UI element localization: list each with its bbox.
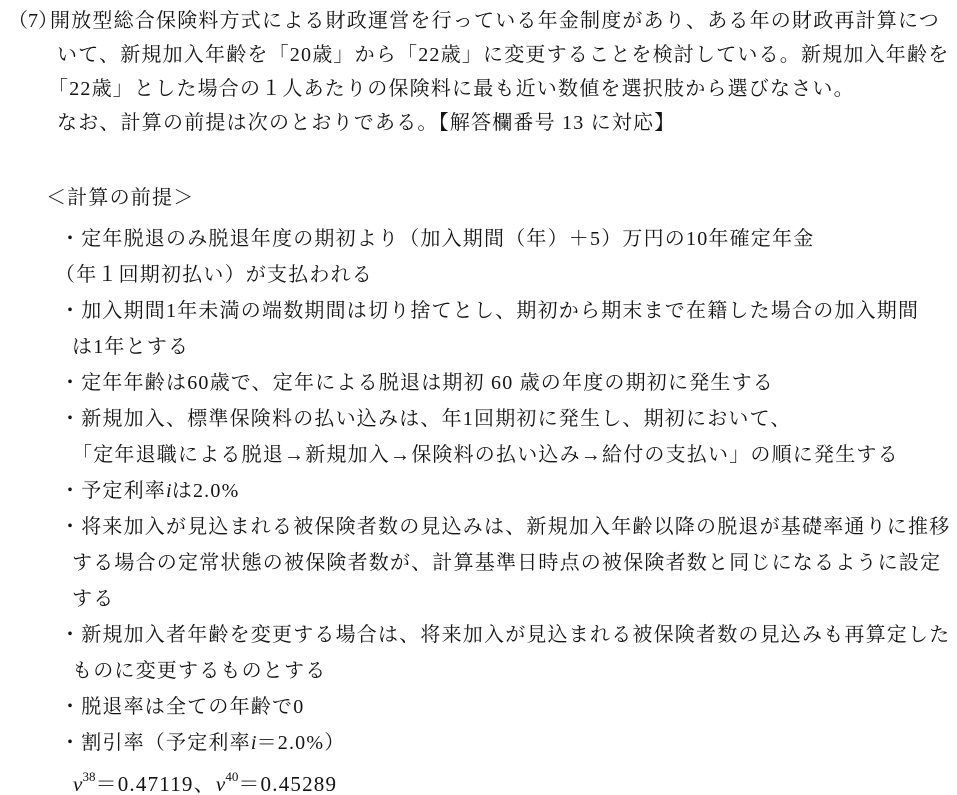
assumption-item-2-line-2: は1年とする	[0, 329, 957, 365]
assumption-item-6-line-2: する場合の定常状態の被保険者数が、計算基準日時点の被保険者数と同じになるように設…	[0, 545, 957, 581]
assumption-item-4-line-1: ・新規加入、標準保険料の払い込みは、年1回期初に発生し、期初において、	[0, 401, 957, 437]
discount-factor-formula: v38＝0.47119、v40＝0.45289	[0, 761, 957, 795]
discount-factor-1-value: ＝0.47119、	[96, 772, 216, 795]
question-line-4: なお、計算の前提は次のとおりである。【解答欄番号 13 に対応】	[0, 106, 957, 140]
discount-rate-suffix: ＝2.0%）	[257, 732, 346, 754]
discount-factor-1-exponent: 38	[83, 769, 96, 784]
question-text-line-1: 開放型総合保険料方式による財政運営を行っている年金制度があり、ある年の財政再計算…	[50, 10, 940, 32]
question-paragraph: （7）開放型総合保険料方式による財政運営を行っている年金制度があり、ある年の財政…	[0, 0, 957, 140]
assumptions-list: ・定年脱退のみ脱退年度の期初より（加入期間（年）＋5）万円の10年確定年金 （年…	[0, 221, 957, 795]
question-line-2: いて、新規加入年齢を「20歳」から「22歳」に変更することを検討している。新規加…	[0, 38, 957, 72]
discount-factor-2-base: v	[216, 772, 226, 795]
assumption-item-9: ・割引率（予定利率i＝2.0%）	[0, 725, 957, 761]
assumption-item-6-line-3: する	[0, 581, 957, 617]
discount-factor-1-base: v	[73, 772, 83, 795]
assumption-item-5: ・予定利率iは2.0%	[0, 473, 957, 509]
discount-factor-2-exponent: 40	[225, 769, 238, 784]
assumption-item-1-line-2: （年１回期初払い）が支払われる	[0, 257, 957, 293]
discount-rate-prefix: ・割引率（予定利率	[60, 732, 251, 754]
assumed-interest-suffix: は2.0%	[172, 480, 240, 502]
question-line-1: （7）開放型総合保険料方式による財政運営を行っている年金制度があり、ある年の財政…	[0, 4, 957, 38]
assumption-item-2-line-1: ・加入期間1年未満の端数期間は切り捨てとし、期初から期末まで在籍した場合の加入期…	[0, 293, 957, 329]
question-number: （7）	[8, 4, 50, 38]
assumption-item-3: ・定年年齢は60歳で、定年による脱退は期初 60 歳の年度の期初に発生する	[0, 365, 957, 401]
assumption-item-7-line-2: ものに変更するものとする	[0, 653, 957, 689]
question-line-3: 「22歳」とした場合の１人あたりの保険料に最も近い数値を選択肢から選びなさい。	[0, 72, 957, 106]
assumption-item-8: ・脱退率は全ての年齢で0	[0, 689, 957, 725]
assumption-item-7-line-1: ・新規加入者年齢を変更する場合は、将来加入が見込まれる被保険者数の見込みも再算定…	[0, 617, 957, 653]
assumption-item-4-line-2: 「定年退職による脱退→新規加入→保険料の払い込み→給付の支払い」の順に発生する	[0, 437, 957, 473]
assumption-item-1-line-1: ・定年脱退のみ脱退年度の期初より（加入期間（年）＋5）万円の10年確定年金	[0, 221, 957, 257]
assumption-item-6-line-1: ・将来加入が見込まれる被保険者数の見込みは、新規加入年齢以降の脱退が基礎率通りに…	[0, 509, 957, 545]
assumptions-heading: ＜計算の前提＞	[0, 180, 957, 216]
document-page: （7）開放型総合保険料方式による財政運営を行っている年金制度があり、ある年の財政…	[0, 0, 957, 795]
assumed-interest-prefix: ・予定利率	[60, 480, 166, 502]
discount-factor-2-value: ＝0.45289	[238, 772, 337, 795]
